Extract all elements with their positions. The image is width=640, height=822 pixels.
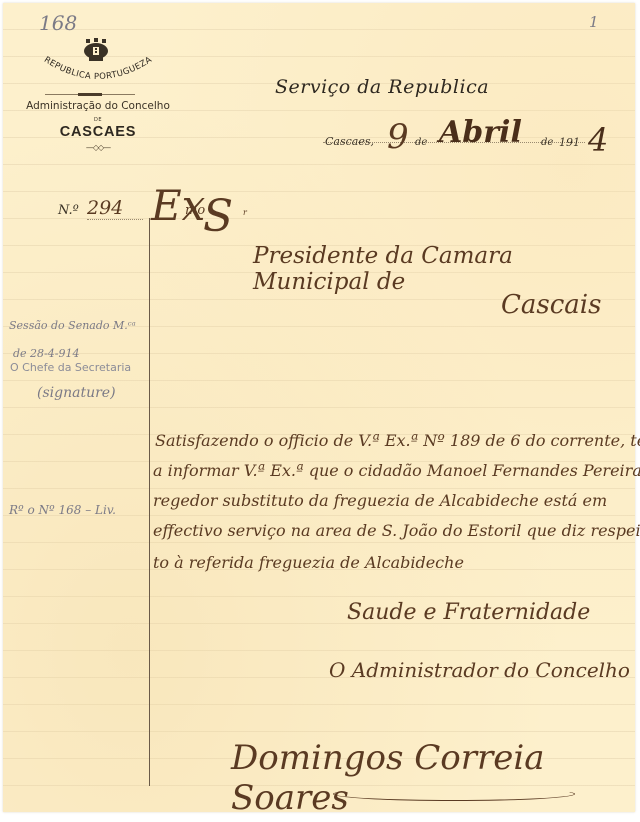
page-number: 1 bbox=[589, 13, 599, 31]
dateline-place: Cascaes, bbox=[325, 135, 374, 148]
body-line: effectivo serviço na area de S. João do … bbox=[153, 521, 640, 540]
signature: Domingos Correia Soares bbox=[231, 738, 635, 818]
salutation-sr-sup: r bbox=[243, 208, 247, 217]
ornament-icon: —◇◇— bbox=[23, 143, 173, 152]
archive-number: 168 bbox=[39, 11, 77, 35]
republic-heading: REPUBLICA PORTUGUEZA bbox=[33, 47, 163, 91]
letterhead-divider-accent bbox=[78, 93, 102, 96]
dateline-de-year: de bbox=[541, 137, 553, 148]
signatory-role: O Administrador do Concelho bbox=[329, 658, 630, 682]
dateline-year-prefix: 191 bbox=[559, 136, 580, 149]
reference-number: 294 bbox=[87, 197, 123, 219]
service-heading: Serviço da Republica bbox=[275, 76, 489, 98]
closing-greeting: Saude e Fraternidade bbox=[347, 600, 590, 625]
reference-dotted-line bbox=[87, 219, 143, 220]
document-page: 168 1 REPUBLICA PORTUGUEZA bbox=[3, 3, 635, 812]
de-label: DE bbox=[23, 117, 173, 123]
municipality-name: CASCAES bbox=[23, 124, 173, 140]
dateline-month: Abril bbox=[439, 115, 522, 150]
signature-flourish bbox=[333, 787, 575, 801]
secretary-stamp: O Chefe da Secretaria bbox=[10, 361, 131, 374]
salutation-sr: S bbox=[203, 191, 233, 242]
body-line: to à referida freguezia de Alcabideche bbox=[153, 553, 464, 572]
dateline-de: de bbox=[415, 137, 427, 148]
reference-label: N.º bbox=[58, 203, 79, 218]
margin-rule bbox=[149, 218, 150, 786]
addressee-city: Cascais bbox=[501, 290, 601, 320]
dateline-year-suffix: 4 bbox=[588, 121, 608, 159]
margin-note-session: Sessão do Senado M.ᶜᵃ bbox=[9, 319, 136, 332]
addressee-line: Presidente da Camara Municipal de bbox=[253, 243, 635, 295]
svg-text:REPUBLICA PORTUGUEZA: REPUBLICA PORTUGUEZA bbox=[42, 55, 154, 82]
body-line: Satisfazendo o officio de V.ª Ex.ª Nº 18… bbox=[155, 431, 640, 450]
margin-note-date: de 28-4-914 bbox=[13, 347, 79, 360]
administration-label: Administração do Concelho bbox=[23, 100, 173, 112]
stamp-signature: (signature) bbox=[37, 385, 116, 401]
body-line: regedor substituto da freguezia de Alcab… bbox=[153, 491, 607, 510]
dateline-day: 9 bbox=[387, 117, 409, 157]
body-line: a informar V.ª Ex.ª que o cidadão Manoel… bbox=[153, 461, 640, 480]
margin-note-registry: Rº o Nº 168 – Liv. bbox=[9, 503, 116, 517]
